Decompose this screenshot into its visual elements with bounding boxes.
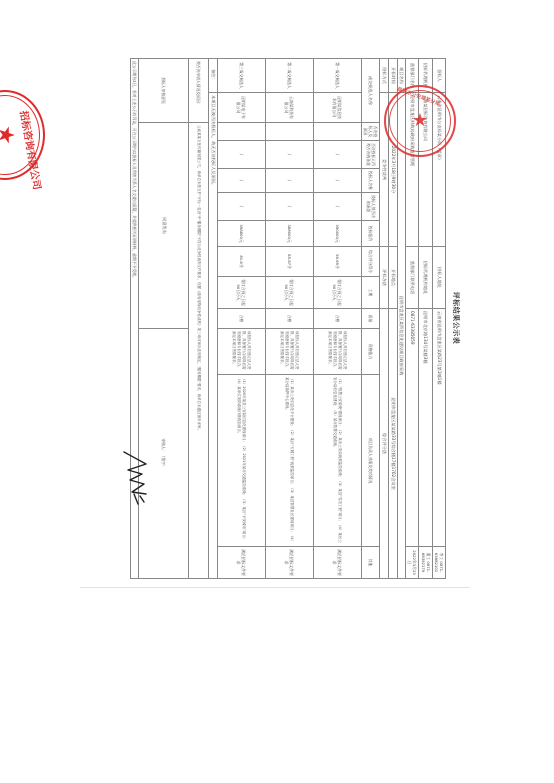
col-reason: 否决投标人及原因 [361, 123, 379, 141]
candidate-performance: （1）2020年某县公安局信息化建设项目；（2）2021年某市交通监控系统；（3… [217, 375, 265, 547]
candidate-c3: / [313, 193, 361, 221]
candidate-score: 81.6分 [217, 247, 265, 277]
candidate-score: 90.65分 [313, 247, 361, 277]
col-qualification: 资格能力 [361, 329, 379, 375]
label-supervisor-phone: 监督部门联系电话 [406, 247, 419, 309]
candidate-quality: 合格 [265, 309, 313, 329]
label-agency-address: 招标代理机构地址 [419, 247, 432, 309]
value-publicity-date: 2022年3月23日 [406, 547, 419, 579]
label-method: 招标方式 [380, 59, 389, 93]
candidate-row: 第一成交候选人 昆明某信息技术有限公司 / / / 390000元 90.65分… [313, 59, 361, 579]
candidate-duration: 签订合同之日起90日历天 [313, 277, 361, 309]
review-label: 招标人审核意见 [139, 59, 189, 123]
candidate-rank: 第一成交候选人 [313, 59, 361, 93]
candidate-performance: （1）某市公安信息化平台建设；（2）某区"天网工程"视频监控项目；（3）某县智慧… [265, 375, 313, 547]
column-header-row: 成交候选人名称 否决投标人及原因 否决投标人所被否决的条款 投标人名称 投标人被… [361, 59, 379, 579]
label-evaluation: 评标办法 [380, 247, 389, 309]
col-score: 综合评分得分 [361, 247, 379, 277]
value-agency-address: 昆明市北京路134号某楼3楼 [419, 309, 432, 547]
candidate-c3: / [217, 193, 265, 221]
complaint-row: 被否决申请人情况及原因： 云南某某文化传播有限公司，该单位未按文件"开标一览表"… [189, 59, 209, 579]
star-icon: ★ [412, 112, 428, 130]
candidate-reason [217, 123, 265, 141]
complaint-label: 被否决申请人情况及原因： [189, 59, 209, 123]
value-tenderer-address: 云南省昆明市盘龙区某路23号第1幢1楼 [432, 309, 445, 547]
candidate-row: 第三成交候选人 昆明某电子有限公司 / / / 398800元 81.6分 签订… [217, 59, 265, 579]
note-row: 备注： 本项目无被否决投标人，故无否决投标人及原因。 [209, 59, 218, 579]
label-opening-time: 开标时间 [388, 59, 397, 93]
col-candidate: 成交候选人名称 [361, 59, 379, 123]
label-opening-place: 开标地点 [388, 247, 397, 309]
col-price: 投标报价 [361, 221, 379, 247]
candidate-c1: / [217, 141, 265, 169]
signature-icon [120, 450, 150, 506]
candidate-price: 390000元 [313, 221, 361, 247]
candidate-name: 昆明某电子有限公司 [217, 93, 265, 123]
value-evaluation: 综合评分法 [380, 309, 389, 579]
candidate-c2: / [217, 169, 265, 193]
candidate-duration: 签订合同之日起90日历天 [265, 277, 313, 309]
note-text: 本项目无被否决投标人，故无否决投标人及原因。 [209, 93, 218, 579]
star-icon: ★ [0, 125, 16, 145]
candidate-qualification: 该投标人具有独立法人资格，具备履行合同所必需的设备和专业技术能力，满足本项目资格… [217, 329, 265, 375]
candidate-quality: 合格 [217, 309, 265, 329]
candidate-row: 第二成交候选人 云南某科技有限公司 / / / 388000元 85.87分 签… [265, 59, 313, 579]
candidate-reason [313, 123, 361, 141]
note-label: 备注： [209, 59, 218, 93]
candidate-remark: 满足招标文件要求 [313, 547, 361, 579]
scan-edge-line [80, 587, 470, 588]
value-project: 昆明市盘龙区某所信息化建设项目政府采购 [397, 93, 406, 579]
candidate-c1: / [313, 141, 361, 169]
col-duration: 工期 [361, 277, 379, 309]
candidate-qualification: 该投标人具有独立法人资格，具备履行合同所必需的设备和专业技术能力，满足本项目资格… [313, 329, 361, 375]
candidate-remark: 满足招标文件要求 [265, 547, 313, 579]
review-value: 同意发布 [139, 123, 189, 329]
col-quality: 质量 [361, 309, 379, 329]
candidate-quality: 合格 [313, 309, 361, 329]
candidate-duration: 签订合同之日起90日历天 [217, 277, 265, 309]
candidate-name: 昆明某信息技术有限公司 [313, 93, 361, 123]
candidate-qualification: 该投标人具有独立法人资格，具备履行合同所必需的设备和专业技术能力，满足本项目资格… [265, 329, 313, 375]
value-opening-place: 昆明市盘龙区某某路33号综合楼17楼1702会议室 [388, 309, 397, 579]
col-bidder-name: 投标人名称 [361, 169, 379, 193]
col-remark: 其他 [361, 547, 379, 579]
candidate-c2: / [313, 169, 361, 193]
candidate-remark: 满足招标文件要求 [217, 547, 265, 579]
agency-stamp: ★ 招标咨询有限公司 [0, 90, 45, 180]
candidate-rank: 第三成交候选人 [217, 59, 265, 93]
tenderer-stamp: ★ 昆明市公安局某分局 [384, 85, 456, 157]
col-performance: 项目负责人业绩及奖项情况 [361, 375, 379, 547]
complaint-text: 云南某某文化传播有限公司，该单位未按文件"开标一览表"中"服务期限"不符合竞争性… [189, 123, 209, 579]
candidate-c1: / [265, 141, 313, 169]
candidate-rank: 第二成交候选人 [265, 59, 313, 93]
candidate-c2: / [265, 169, 313, 193]
candidate-name: 云南某科技有限公司 [265, 93, 313, 123]
candidate-score: 85.87分 [265, 247, 313, 277]
candidate-reason [265, 123, 313, 141]
label-tenderer-address: 招标人地址 [432, 247, 445, 309]
candidate-c3: / [265, 193, 313, 221]
candidate-performance: （1）"智慧公安系统"建设项目；（2）某市公安局视频监控系统；（3）某县"雪亮工… [313, 375, 361, 547]
col-rejected-clause: 否决投标人所被否决的条款 [361, 141, 379, 169]
value-agency-contact: 董工 0871-68392179 [419, 547, 432, 579]
candidate-price: 398800元 [217, 221, 265, 247]
col-bidder-clause: 投标人被否决的条款 [361, 193, 379, 221]
candidate-price: 388000元 [265, 221, 313, 247]
value-supervisor-phone: 0871-63385059 [406, 309, 419, 547]
value-tender-contact: 李工 0871-63682101 [432, 547, 445, 579]
